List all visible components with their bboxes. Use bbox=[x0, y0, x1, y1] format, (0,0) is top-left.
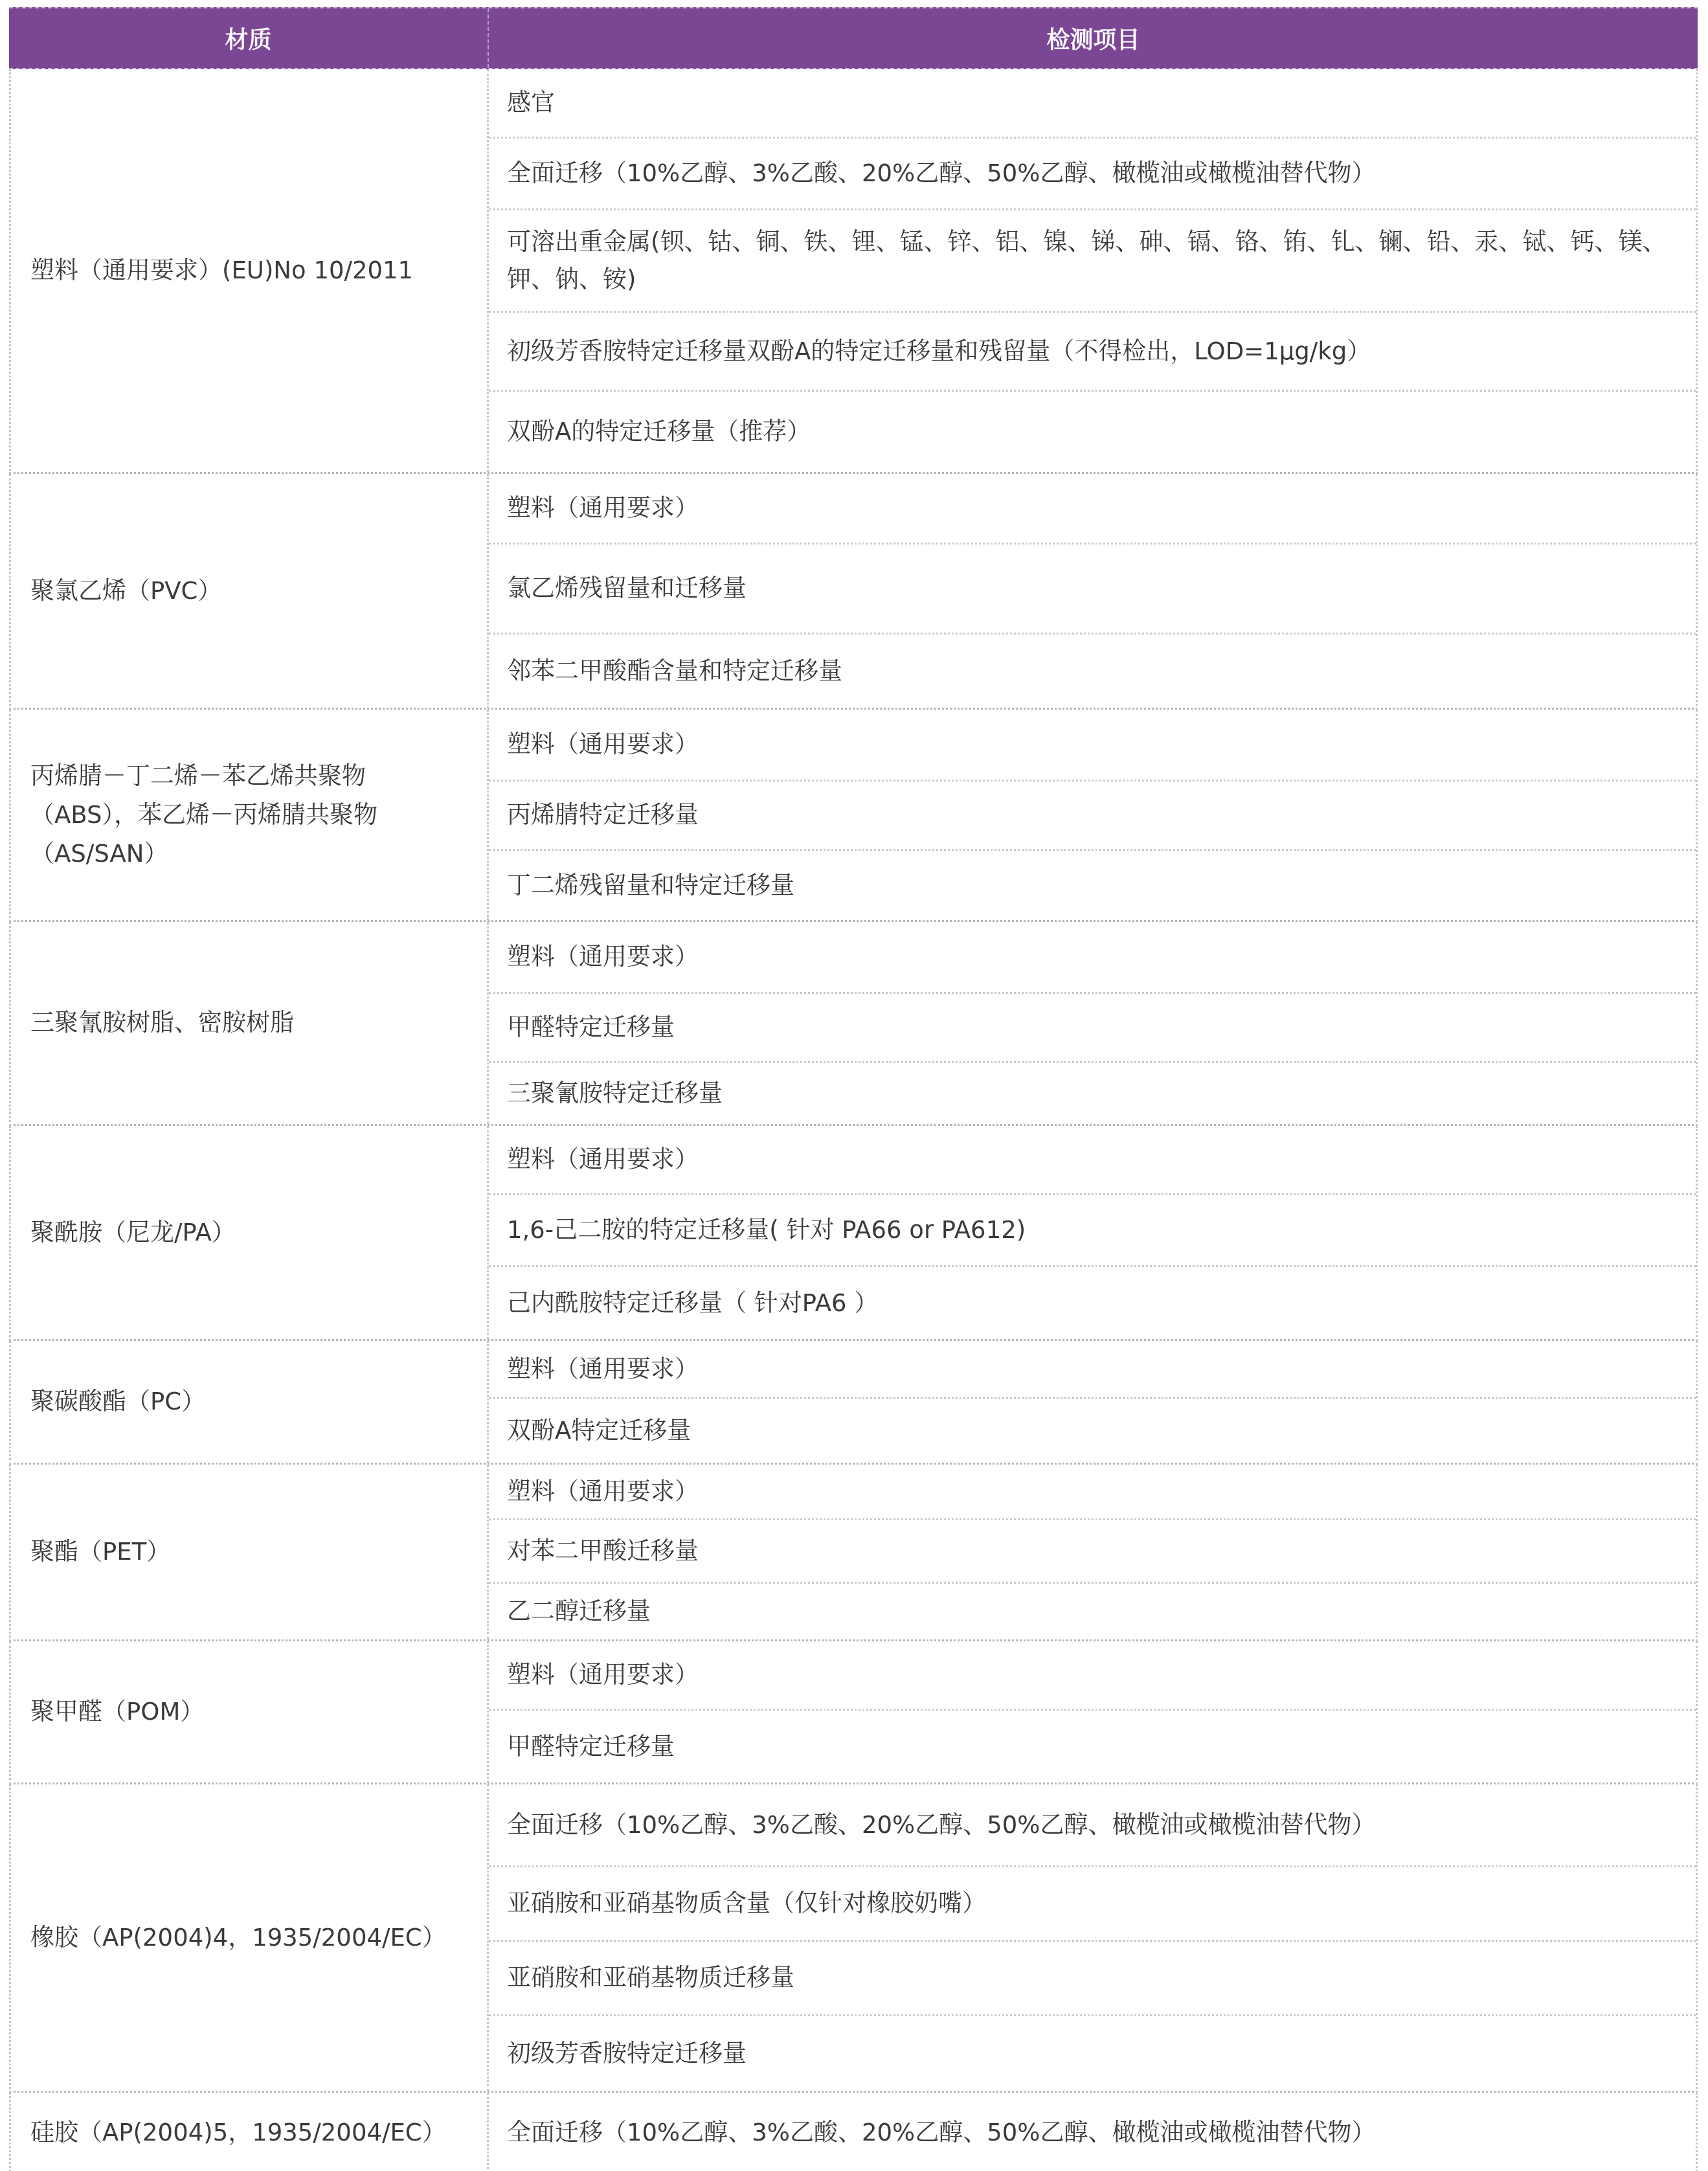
material-group: 三聚氰胺树脂、密胺树脂 塑料（通用要求） 甲醛特定迁移量 三聚氰胺特定迁移量 bbox=[9, 922, 1698, 1126]
material-cell: 聚氯乙烯（PVC） bbox=[11, 474, 489, 708]
test-item: 塑料（通用要求） bbox=[489, 1641, 1696, 1711]
test-item: 塑料（通用要求） bbox=[489, 1341, 1696, 1399]
test-item: 塑料（通用要求） bbox=[489, 922, 1696, 994]
header-test-items: 检测项目 bbox=[489, 8, 1698, 68]
test-item: 初级芳香胺特定迁移量双酚A的特定迁移量和残留量（不得检出，LOD=1μg/kg） bbox=[489, 313, 1696, 392]
test-item: 乙二醇迁移量 bbox=[489, 1584, 1696, 1639]
material-group: 硅胶（AP(2004)5，1935/2004/EC） 全面迁移（10%乙醇、3%… bbox=[9, 2093, 1698, 2171]
material-cell: 橡胶（AP(2004)4，1935/2004/EC） bbox=[11, 1784, 489, 2091]
test-item: 初级芳香胺特定迁移量 bbox=[489, 2016, 1696, 2091]
test-item: 感官 bbox=[489, 69, 1696, 139]
test-item: 塑料（通用要求） bbox=[489, 1126, 1696, 1195]
test-item: 1,6-己二胺的特定迁移量( 针对 PA66 or PA612) bbox=[489, 1195, 1696, 1267]
material-cell: 塑料（通用要求）(EU)No 10/2011 bbox=[11, 69, 489, 472]
material-group: 聚碳酸酯（PC） 塑料（通用要求） 双酚A特定迁移量 bbox=[9, 1341, 1698, 1465]
test-item: 己内酰胺特定迁移量（ 针对PA6 ） bbox=[489, 1267, 1696, 1339]
material-cell: 聚酯（PET） bbox=[11, 1465, 489, 1639]
material-group: 聚酰胺（尼龙/PA） 塑料（通用要求） 1,6-己二胺的特定迁移量( 针对 PA… bbox=[9, 1126, 1698, 1341]
material-cell: 三聚氰胺树脂、密胺树脂 bbox=[11, 922, 489, 1124]
test-item: 丙烯腈特定迁移量 bbox=[489, 782, 1696, 851]
test-items-table: 材质 检测项目 塑料（通用要求）(EU)No 10/2011 感官 全面迁移（1… bbox=[9, 7, 1698, 2171]
test-item: 亚硝胺和亚硝基物质含量（仅针对橡胶奶嘴） bbox=[489, 1867, 1696, 1942]
test-item: 塑料（通用要求） bbox=[489, 1465, 1696, 1520]
material-group: 橡胶（AP(2004)4，1935/2004/EC） 全面迁移（10%乙醇、3%… bbox=[9, 1784, 1698, 2093]
test-item: 全面迁移（10%乙醇、3%乙酸、20%乙醇、50%乙醇、橄榄油或橄榄油替代物） bbox=[489, 139, 1696, 210]
material-cell: 聚酰胺（尼龙/PA） bbox=[11, 1126, 489, 1339]
test-item: 甲醛特定迁移量 bbox=[489, 994, 1696, 1063]
material-group: 丙烯腈－丁二烯－苯乙烯共聚物（ABS），苯乙烯－丙烯腈共聚物（AS/SAN） 塑… bbox=[9, 710, 1698, 922]
material-group: 聚氯乙烯（PVC） 塑料（通用要求） 氯乙烯残留量和迁移量 邻苯二甲酸酯含量和特… bbox=[9, 474, 1698, 710]
test-item: 全面迁移（10%乙醇、3%乙酸、20%乙醇、50%乙醇、橄榄油或橄榄油替代物） bbox=[489, 2093, 1696, 2171]
test-item: 塑料（通用要求） bbox=[489, 474, 1696, 545]
test-item: 甲醛特定迁移量 bbox=[489, 1711, 1696, 1783]
test-item: 亚硝胺和亚硝基物质迁移量 bbox=[489, 1942, 1696, 2016]
test-item: 三聚氰胺特定迁移量 bbox=[489, 1063, 1696, 1124]
material-cell: 丙烯腈－丁二烯－苯乙烯共聚物（ABS），苯乙烯－丙烯腈共聚物（AS/SAN） bbox=[11, 710, 489, 920]
test-item: 对苯二甲酸迁移量 bbox=[489, 1520, 1696, 1584]
material-cell: 聚甲醛（POM） bbox=[11, 1641, 489, 1783]
table-header: 材质 检测项目 bbox=[9, 7, 1698, 69]
test-item: 氯乙烯残留量和迁移量 bbox=[489, 545, 1696, 635]
test-item: 邻苯二甲酸酯含量和特定迁移量 bbox=[489, 635, 1696, 708]
material-group: 聚甲醛（POM） 塑料（通用要求） 甲醛特定迁移量 bbox=[9, 1641, 1698, 1784]
material-cell: 聚碳酸酯（PC） bbox=[11, 1341, 489, 1463]
test-item: 塑料（通用要求） bbox=[489, 710, 1696, 782]
test-item: 双酚A的特定迁移量（推荐） bbox=[489, 392, 1696, 472]
test-item: 可溶出重金属(钡、钴、铜、铁、锂、锰、锌、铝、镍、锑、砷、镉、铬、铕、钆、镧、铅… bbox=[489, 210, 1696, 313]
test-item: 双酚A特定迁移量 bbox=[489, 1399, 1696, 1463]
test-item: 丁二烯残留量和特定迁移量 bbox=[489, 851, 1696, 920]
material-group: 塑料（通用要求）(EU)No 10/2011 感官 全面迁移（10%乙醇、3%乙… bbox=[9, 69, 1698, 474]
header-material: 材质 bbox=[9, 8, 489, 68]
material-group: 聚酯（PET） 塑料（通用要求） 对苯二甲酸迁移量 乙二醇迁移量 bbox=[9, 1465, 1698, 1641]
material-cell: 硅胶（AP(2004)5，1935/2004/EC） bbox=[11, 2093, 489, 2171]
test-item: 全面迁移（10%乙醇、3%乙酸、20%乙醇、50%乙醇、橄榄油或橄榄油替代物） bbox=[489, 1784, 1696, 1867]
